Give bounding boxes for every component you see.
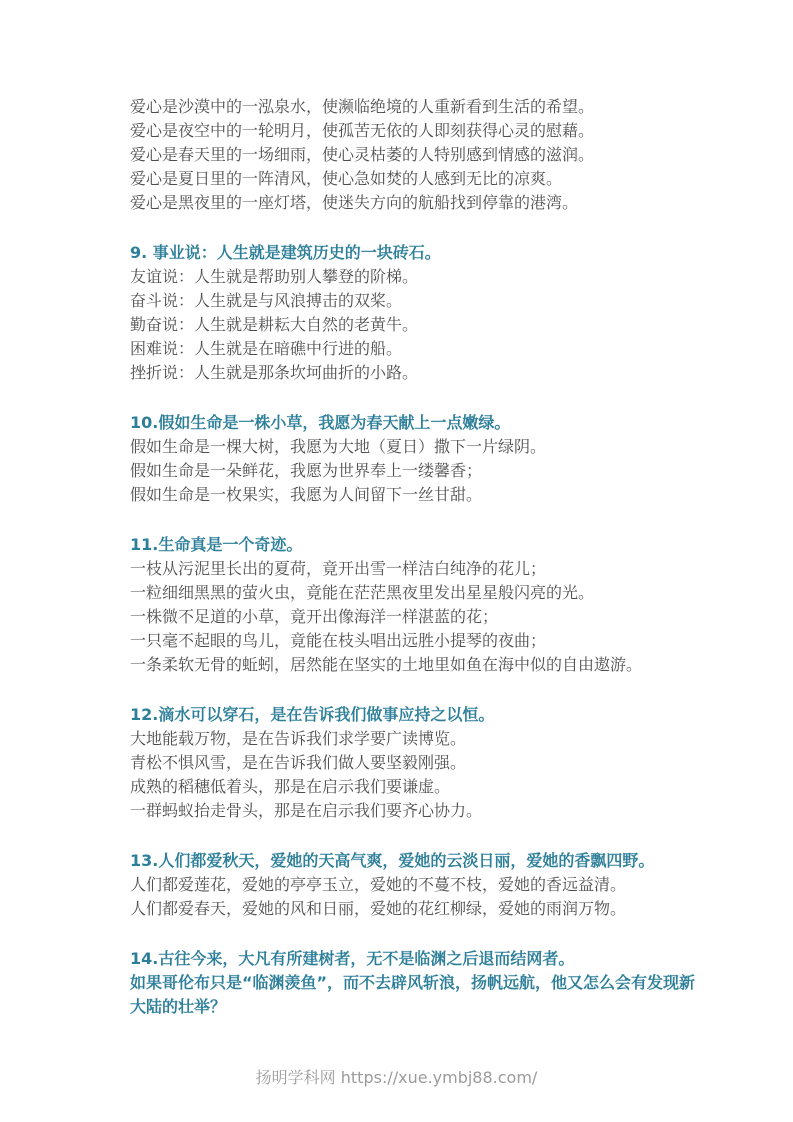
sentence-line: 一只毫不起眼的鸟儿，竟能在枝头唱出远胜小提琴的夜曲； [130, 629, 733, 653]
document-page: 爱心是沙漠中的一泓泉水，使濒临绝境的人重新看到生活的希望。爱心是夜空中的一轮明月… [0, 0, 793, 1122]
sentence-line: 人们都爱春天，爱她的风和日丽，爱她的花红柳绿，爱她的雨润万物。 [130, 897, 733, 921]
section-heading: 12.滴水可以穿石，是在告诉我们做事应持之以恒。 [130, 703, 733, 727]
section-heading: 如果哥伦布只是“临渊羡鱼”，而不去辟风斩浪，扬帆远航，他又怎么会有发现新 [130, 971, 733, 995]
sentence-line: 人们都爱莲花，爱她的亭亭玉立，爱她的不蔓不枝，爱她的香远益清。 [130, 873, 733, 897]
sentence-line: 假如生命是一棵大树，我愿为大地（夏日）撒下一片绿阴。 [130, 435, 733, 459]
sentence-line: 困难说：人生就是在暗礁中行进的船。 [130, 337, 733, 361]
sentence-line: 奋斗说：人生就是与风浪搏击的双桨。 [130, 289, 733, 313]
sentence-line: 一条柔软无骨的蚯蚓，居然能在坚实的土地里如鱼在海中似的自由遨游。 [130, 653, 733, 677]
sentence-line: 爱心是沙漠中的一泓泉水，使濒临绝境的人重新看到生活的希望。 [130, 95, 733, 119]
sentence-line: 挫折说：人生就是那条坎坷曲折的小路。 [130, 361, 733, 385]
page-footer: 扬明学科网 https://xue.ymbj88.com/ [0, 1066, 793, 1090]
section-block: 爱心是沙漠中的一泓泉水，使濒临绝境的人重新看到生活的希望。爱心是夜空中的一轮明月… [130, 95, 733, 215]
sentence-line: 成熟的稻穗低着头，那是在启示我们要谦虚。 [130, 775, 733, 799]
section-block: 11.生命真是一个奇迹。一枝从污泥里长出的夏荷，竟开出雪一样洁白纯净的花儿；一粒… [130, 533, 733, 677]
section-block: 14.古往今来，大凡有所建树者，无不是临渊之后退而结网者。如果哥伦布只是“临渊羡… [130, 947, 733, 1019]
sentence-line: 友谊说：人生就是帮助别人攀登的阶梯。 [130, 265, 733, 289]
sentence-line: 勤奋说：人生就是耕耘大自然的老黄牛。 [130, 313, 733, 337]
section-heading: 9. 事业说：人生就是建筑历史的一块砖石。 [130, 241, 733, 265]
sentence-line: 爱心是春天里的一场细雨，使心灵枯萎的人特别感到情感的滋润。 [130, 143, 733, 167]
sentence-line: 一株微不足道的小草，竟开出像海洋一样湛蓝的花； [130, 605, 733, 629]
footer-watermark-text: 扬明学科网 https://xue.ymbj88.com/ [256, 1068, 538, 1087]
sentence-line: 爱心是夏日里的一阵清风，使心急如焚的人感到无比的凉爽。 [130, 167, 733, 191]
sentence-line: 爱心是夜空中的一轮明月，使孤苦无依的人即刻获得心灵的慰藉。 [130, 119, 733, 143]
section-heading: 大陆的壮举？ [130, 995, 733, 1019]
section-heading: 11.生命真是一个奇迹。 [130, 533, 733, 557]
section-block: 13.人们都爱秋天，爱她的天高气爽，爱她的云淡日丽，爱她的香飘四野。人们都爱莲花… [130, 849, 733, 921]
section-heading: 10.假如生命是一株小草，我愿为春天献上一点嫩绿。 [130, 411, 733, 435]
sentence-line: 爱心是黑夜里的一座灯塔，使迷失方向的航船找到停靠的港湾。 [130, 191, 733, 215]
sentence-line: 一群蚂蚁抬走骨头，那是在启示我们要齐心协力。 [130, 799, 733, 823]
sentence-line: 大地能载万物，是在告诉我们求学要广读博览。 [130, 727, 733, 751]
section-block: 10.假如生命是一株小草，我愿为春天献上一点嫩绿。假如生命是一棵大树，我愿为大地… [130, 411, 733, 507]
section-heading: 14.古往今来，大凡有所建树者，无不是临渊之后退而结网者。 [130, 947, 733, 971]
sentence-line: 假如生命是一枚果实，我愿为人间留下一丝甘甜。 [130, 483, 733, 507]
section-block: 9. 事业说：人生就是建筑历史的一块砖石。友谊说：人生就是帮助别人攀登的阶梯。奋… [130, 241, 733, 385]
section-heading: 13.人们都爱秋天，爱她的天高气爽，爱她的云淡日丽，爱她的香飘四野。 [130, 849, 733, 873]
text-blocks-container: 爱心是沙漠中的一泓泉水，使濒临绝境的人重新看到生活的希望。爱心是夜空中的一轮明月… [130, 95, 733, 1019]
sentence-line: 假如生命是一朵鲜花，我愿为世界奉上一缕馨香； [130, 459, 733, 483]
sentence-line: 一枝从污泥里长出的夏荷，竟开出雪一样洁白纯净的花儿； [130, 557, 733, 581]
sentence-line: 青松不惧风雪，是在告诉我们做人要坚毅刚强。 [130, 751, 733, 775]
sentence-line: 一粒细细黑黑的萤火虫，竟能在茫茫黑夜里发出星星般闪亮的光。 [130, 581, 733, 605]
section-block: 12.滴水可以穿石，是在告诉我们做事应持之以恒。大地能载万物，是在告诉我们求学要… [130, 703, 733, 823]
